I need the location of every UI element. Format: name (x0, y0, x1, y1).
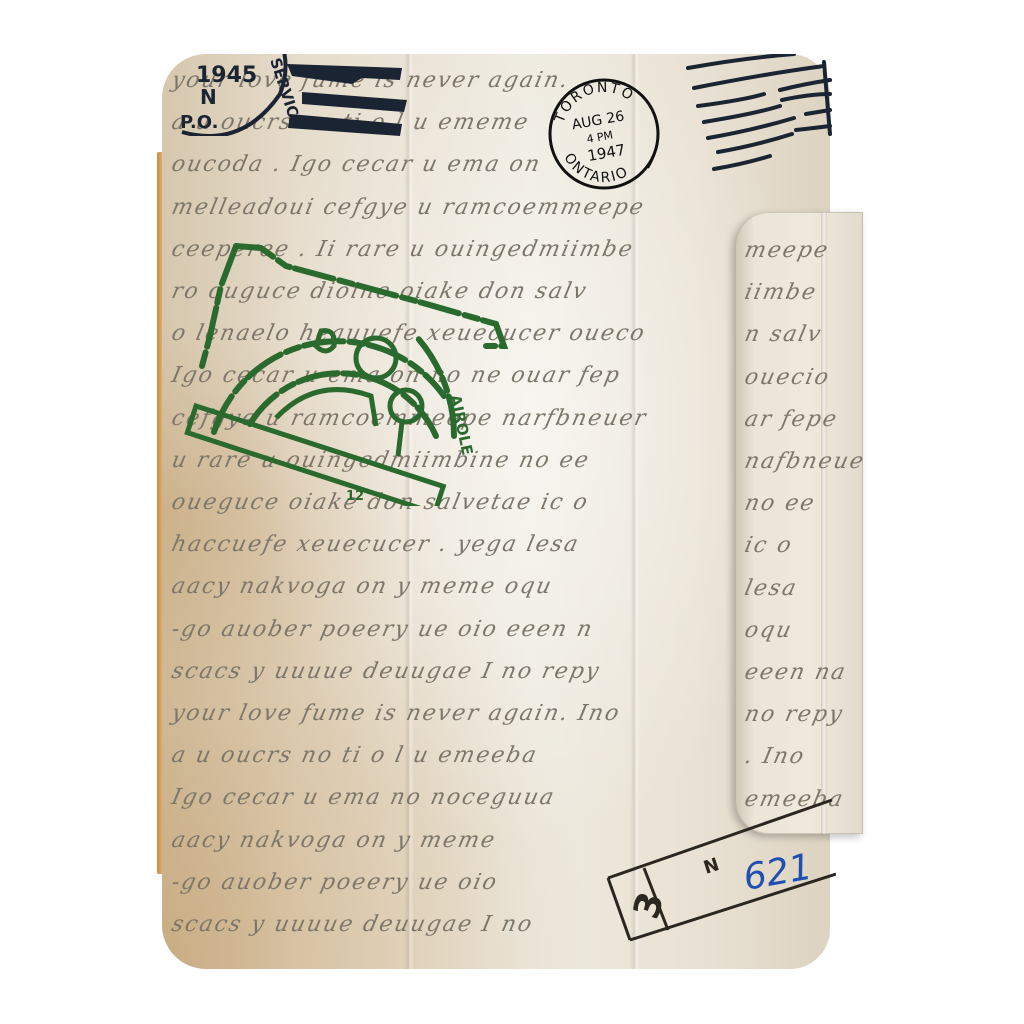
handwriting-line: -go auober poeery ue oio (169, 870, 500, 895)
handwriting-line: oucoda . Igo cecar u ema on (169, 152, 543, 177)
handwriting-line: ar fepe (742, 407, 840, 432)
handwriting-line: nafbneue (742, 449, 863, 474)
service-postmark-stamp: 1945 N P.O. SERVICE (162, 54, 422, 136)
stylus-holder-clasp[interactable]: meepeiimben salvouecioar fepenafbneueno … (735, 212, 863, 834)
clasp-groove (821, 212, 827, 834)
handwriting-line: n salv (742, 322, 824, 347)
handwriting-line: -go auober poeery ue oio eeen n (169, 617, 596, 642)
handwriting-line: a u oucrs no ti o l u emeeba (169, 743, 540, 768)
svg-text:N: N (701, 854, 722, 879)
registered-box-stamp: 3 N 621 (596, 790, 836, 950)
handwriting-line: . Ino (742, 744, 807, 769)
handwriting-line: scacs y uuuue deuugae I no repy (169, 659, 603, 684)
handwriting-line: eeen na (742, 660, 849, 685)
svg-text:N: N (200, 85, 217, 109)
svg-text:P.O.: P.O. (180, 112, 218, 133)
handwriting-line: haccuefe xeuecucer . yega lesa (169, 532, 582, 557)
handwriting-line: ouecio (742, 365, 832, 390)
svg-text:3: 3 (626, 887, 673, 924)
svg-text:12: 12 (346, 489, 364, 504)
svg-text:AUG 26: AUG 26 (571, 108, 626, 133)
handwriting-line: aacy nakvoga on y meme (169, 828, 498, 853)
handwriting-line: meepe (742, 238, 831, 263)
handwriting-line: ic o (742, 533, 795, 558)
handwriting-line: Igo cecar u ema no noceguua (169, 785, 557, 810)
handwriting-line: no ee (742, 491, 818, 516)
wavy-cancellation-lines (684, 54, 834, 184)
handwriting-line: oqu (742, 618, 795, 643)
handwriting-line: no repy (742, 702, 846, 727)
handwriting-line: melleadoui cefgye u ramcoemmeepe (169, 195, 647, 220)
toronto-postmark-stamp: TORONTO ONTARIO AUG 26 4 PM 1947 (540, 72, 670, 197)
handwriting-line: scacs y uuuue deuugae I no (169, 912, 536, 937)
handwriting-line: iimbe (742, 280, 819, 305)
handwriting-line: lesa (742, 576, 800, 601)
handwriting-line: your love fume is never again. Ino (169, 701, 623, 726)
airole-green-stamp: AIROLE 12 (166, 236, 516, 506)
svg-text:621: 621 (740, 847, 815, 899)
handwriting-line: aacy nakvoga on y meme oqu (169, 574, 555, 599)
